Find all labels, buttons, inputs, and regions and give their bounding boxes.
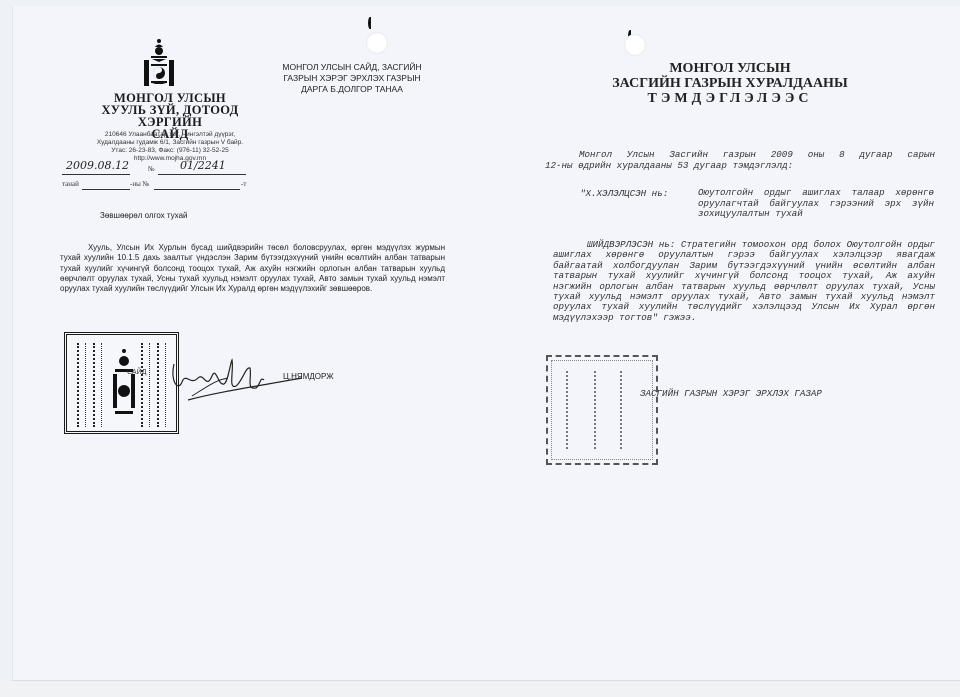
meeting-intro: Монгол Улсын Засгийн газрын 2009 оны 8 д… bbox=[545, 150, 935, 171]
address-line: Худалдааны гудамж 6/1, Засгийн газрын V … bbox=[70, 139, 270, 147]
reference-date-number: 2009.08.12 № 01/2241 bbox=[62, 163, 247, 177]
ministry-title-line: ХУУЛЬ ЗҮЙ, ДОТООД ХЭРГИЙН bbox=[70, 104, 270, 128]
reference-number: 01/2241 bbox=[180, 159, 226, 172]
excerpt-title-line: ЗАСГИЙН ГАЗРЫН ХУРАЛДААНЫ bbox=[580, 76, 880, 91]
soyombo-emblem-icon bbox=[113, 347, 135, 423]
scan-edge bbox=[0, 681, 960, 697]
mongolian-script-column bbox=[141, 343, 150, 427]
discussed-topic: Оюутолгойн ордыг ашиглах талаар хөрөнгө … bbox=[698, 188, 934, 220]
reply-prefix: танай bbox=[62, 180, 79, 188]
intro-line: 12-ны өдрийн хуралдааны 53 дугаар тэмдэг… bbox=[545, 161, 935, 172]
mongolian-script-column bbox=[93, 343, 102, 427]
addressee-line: ГАЗРЫН ХЭРЭГ ЭРХЛЭХ ГАЗРЫН bbox=[262, 73, 442, 84]
mongolian-script-column bbox=[77, 343, 86, 427]
address-phone: Утас: 26-23-83, Факс: (976-11) 32-52-25 bbox=[70, 147, 270, 155]
reply-suffix: -т bbox=[241, 180, 246, 188]
discussed-label: "Х.ХЭЛЭЛЦСЭН нь: bbox=[580, 188, 668, 199]
official-seal-stamp: САЙД bbox=[64, 332, 179, 434]
addressee-line: ДАРГА Б.ДОЛГОР ТАНАА bbox=[262, 84, 442, 95]
reply-number-label: -ны № bbox=[130, 180, 149, 188]
addressee-block: МОНГОЛ УЛСЫН САЙД, ЗАСГИЙН ГАЗРЫН ХЭРЭГ … bbox=[262, 62, 442, 95]
signer-name: Ц.НЯМДОРЖ bbox=[283, 372, 334, 381]
letter-body: Хууль, Улсын Их Хурлын бусад шийдвэрийн … bbox=[60, 243, 445, 294]
excerpt-title-line: ТЭМДЭГЛЭЛЭЭС bbox=[580, 91, 880, 106]
mongolian-script-column bbox=[566, 371, 574, 449]
reference-date: 2009.08.12 bbox=[66, 159, 129, 172]
decision-text: ШИЙДВЭРЛЭСЭН нь: Стратегийн томоохон орд… bbox=[553, 240, 935, 323]
intro-line: Монгол Улсын Засгийн газрын 2009 оны 8 д… bbox=[545, 150, 935, 161]
addressee-line: МОНГОЛ УЛСЫН САЙД, ЗАСГИЙН bbox=[262, 62, 442, 73]
punch-hole-right bbox=[624, 34, 646, 56]
letter-subject: Зөвшөөрөл олгох тухай bbox=[100, 211, 187, 220]
pen-mark bbox=[368, 17, 372, 29]
mongolian-script-column bbox=[157, 343, 166, 427]
faded-seal-stamp bbox=[546, 355, 658, 465]
soyombo-emblem-icon bbox=[138, 38, 180, 88]
excerpt-title: МОНГОЛ УЛСЫН ЗАСГИЙН ГАЗРЫН ХУРАЛДААНЫ Т… bbox=[580, 61, 880, 106]
mongolian-script-column bbox=[620, 371, 628, 449]
issuing-office: ЗАСГИЙН ГАЗРЫН ХЭРЭГ ЭРХЛЭХ ГАЗАР bbox=[640, 388, 822, 399]
reply-reference: танай -ны № -т bbox=[62, 180, 247, 192]
number-label: № bbox=[148, 165, 155, 173]
mongolian-script-column bbox=[594, 371, 602, 449]
punch-hole-left bbox=[366, 32, 388, 54]
address-line: 210646 Улаанбаатар хот, Чингэлтэй дүүрэг… bbox=[70, 131, 270, 139]
excerpt-title-line: МОНГОЛ УЛСЫН bbox=[580, 61, 880, 76]
